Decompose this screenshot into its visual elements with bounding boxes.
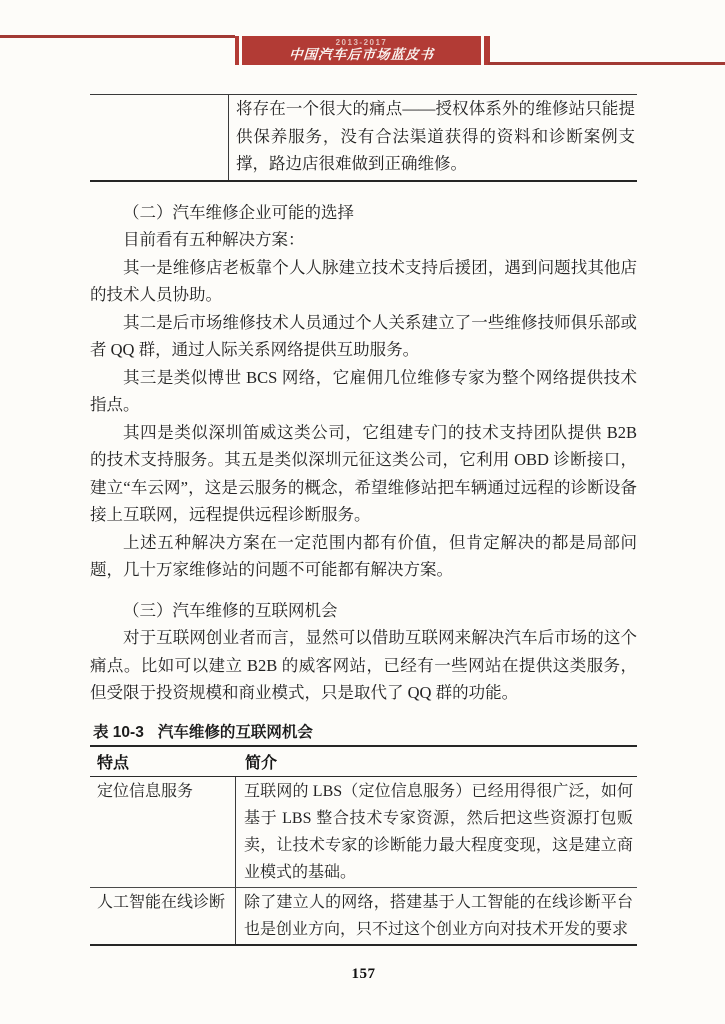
banner-years: 2013-2017 [242,38,481,47]
section-heading-3: （三）汽车维修的互联网机会 [90,597,637,625]
paragraph-4: 其三是类似博世 BCS 网络，它雇佣几位维修专家为整个网络提供技术指点。 [90,364,637,419]
continuation-empty-cell [90,95,229,180]
page-number: 157 [90,966,637,983]
table-cell-description: 除了建立人的网络，搭建基于人工智能的在线诊断平台也是创业方向，只不过这个创业方向… [236,888,637,944]
table-header-description: 简介 [236,750,637,773]
banner-main: 2013-2017 中国汽车后市场蓝皮书 [242,36,481,65]
page-header: 2013-2017 中国汽车后市场蓝皮书 [0,0,725,94]
table-header-row: 特点 简介 [90,747,637,777]
page-content: 将存在一个很大的痛点——授权体系外的维修站只能提供保养服务，没有合法渠道获得的资… [90,94,637,983]
opportunities-table: 特点 简介 定位信息服务 互联网的 LBS（定位信息服务）已经用得很广泛，如何基… [90,745,637,946]
header-rule-right [488,62,725,65]
paragraph-5: 其四是类似深圳笛威这类公司，它组建专门的技术支持团队提供 B2B 的技术支持服务… [90,419,637,529]
paragraph-7: 对于互联网创业者而言，显然可以借助互联网来解决汽车后市场的这个痛点。比如可以建立… [90,624,637,707]
body-text: （二）汽车维修企业可能的选择 目前看有五种解决方案： 其一是维修店老板靠个人人脉… [90,199,637,707]
paragraph-1: 目前看有五种解决方案： [90,226,637,254]
table-cell-feature: 人工智能在线诊断 [90,888,236,944]
table-row: 定位信息服务 互联网的 LBS（定位信息服务）已经用得很广泛，如何基于 LBS … [90,777,637,887]
table-caption-label: 表 10-3 [93,724,144,741]
table-cell-feature: 定位信息服务 [90,777,236,887]
edition-banner: 2013-2017 中国汽车后市场蓝皮书 [235,36,490,65]
header-rule-left [0,35,235,38]
table-continuation: 将存在一个很大的痛点——授权体系外的维修站只能提供保养服务，没有合法渠道获得的资… [90,94,637,182]
table-caption: 表 10-3汽车维修的互联网机会 [90,721,637,745]
table-row: 人工智能在线诊断 除了建立人的网络，搭建基于人工智能的在线诊断平台也是创业方向，… [90,887,637,944]
banner-right-bar [484,36,490,65]
table-caption-title: 汽车维修的互联网机会 [158,724,313,741]
paragraph-3: 其二是后市场维修技术人员通过个人关系建立了一些维修技师俱乐部或者 QQ 群，通过… [90,309,637,364]
paragraph-2: 其一是维修店老板靠个人人脉建立技术支持后援团，遇到问题找其他店的技术人员协助。 [90,254,637,309]
section-heading-2: （二）汽车维修企业可能的选择 [90,199,637,227]
continuation-text-cell: 将存在一个很大的痛点——授权体系外的维修站只能提供保养服务，没有合法渠道获得的资… [229,95,637,180]
table-cell-description: 互联网的 LBS（定位信息服务）已经用得很广泛，如何基于 LBS 整合技术专家资… [236,777,637,887]
paragraph-6: 上述五种解决方案在一定范围内都有价值，但肯定解决的都是局部问题，几十万家维修站的… [90,529,637,584]
table-header-feature: 特点 [90,750,236,773]
banner-title: 中国汽车后市场蓝皮书 [242,47,481,63]
document-page: 2013-2017 中国汽车后市场蓝皮书 将存在一个很大的痛点——授权体系外的维… [0,0,725,1024]
